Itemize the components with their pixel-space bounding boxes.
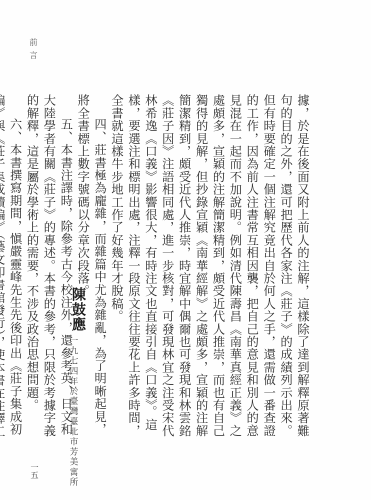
paragraph-item-6: 六、本書撰寫期間，愼嚴靈峰先生先後印出《莊子集成初編》與《莊子集成續編》（藝文印… (0, 94, 24, 446)
dateline: 一九七四年於臺灣臺北市芳美寓所 (67, 336, 79, 488)
running-header: 前言 (28, 38, 39, 64)
page-number: 一五 (30, 463, 38, 479)
author-signature: 陳鼓應 (68, 287, 88, 332)
preface-body: 據，於是在後面又附上前人的注解，這樣除了達到解釋原著難句的目的之外，還可把歷代各… (0, 94, 311, 446)
paragraph-continuation: 據，於是在後面又附上前人的注解，這樣除了達到解釋原著難句的目的之外，還可把歷代各… (108, 94, 311, 446)
book-page: 前言 據，於是在後面又附上前人的注解，這樣除了達到解釋原著難句的目的之外，還可把… (0, 0, 371, 500)
paragraph-item-4: 四、莊書極為龐雜，而雜篇中尤為雜亂，為了明晰起見，將全書標上數字號碼以分章次段落… (74, 94, 108, 446)
